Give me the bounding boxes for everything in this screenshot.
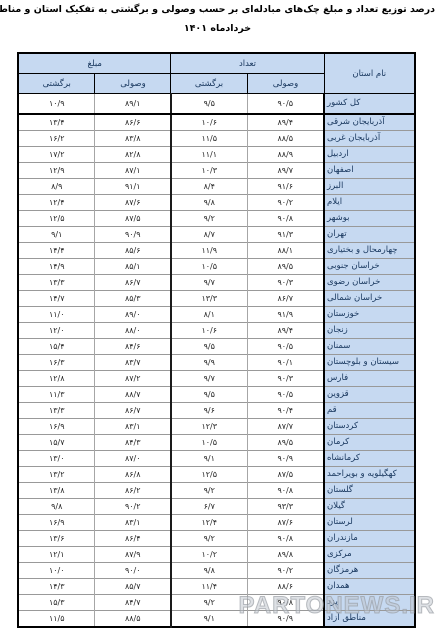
table-row: اصفهان ۸۹/۷ ۱۰/۳ ۸۷/۱ ۱۲/۹ [18, 163, 415, 179]
table-row: لرستان ۸۷/۶ ۱۲/۴ ۸۳/۱ ۱۶/۹ [18, 515, 415, 531]
amount-collected-cell: ۸۷/۱ [95, 163, 171, 179]
count-collected-cell: ۸۶/۷ [247, 291, 324, 307]
count-collected-cell: ۹۰/۱ [247, 355, 324, 371]
header-amount-bounced: برگشتی [18, 74, 95, 94]
page-title: درصد توزیع تعداد و مبلغ چک‌های مبادله‌ای… [0, 0, 435, 15]
count-collected-cell: ۹۰/۹ [247, 611, 324, 628]
province-name-cell: بوشهر [324, 211, 415, 227]
province-name-cell: گیلان [324, 499, 415, 515]
page: درصد توزیع تعداد و مبلغ چک‌های مبادله‌ای… [0, 0, 435, 639]
province-name-cell: کرمانشاه [324, 451, 415, 467]
count-collected-cell: ۸۸/۶ [247, 579, 324, 595]
count-bounced-cell: ۹/۶ [171, 403, 247, 419]
amount-bounced-cell: ۱۳/۳ [18, 275, 95, 291]
count-collected-cell: ۹۰/۵ [247, 94, 324, 115]
province-name-cell: گلستان [324, 483, 415, 499]
table-row: البرز ۹۱/۶ ۸/۴ ۹۱/۱ ۸/۹ [18, 179, 415, 195]
count-bounced-cell: ۱۰/۶ [171, 114, 247, 131]
table-row: بوشهر ۹۰/۸ ۹/۲ ۸۷/۵ ۱۲/۵ [18, 211, 415, 227]
province-name-cell: آذربایجان شرقی [324, 114, 415, 131]
province-name-cell: البرز [324, 179, 415, 195]
count-bounced-cell: ۹/۱ [171, 451, 247, 467]
amount-collected-cell: ۸۴/۳ [95, 435, 171, 451]
table-row: مرکزی ۸۹/۸ ۱۰/۲ ۸۷/۹ ۱۲/۱ [18, 547, 415, 563]
amount-bounced-cell: ۹/۸ [18, 499, 95, 515]
amount-collected-cell: ۸۳/۸ [95, 131, 171, 147]
amount-bounced-cell: ۸/۹ [18, 179, 95, 195]
count-bounced-cell: ۹/۲ [171, 211, 247, 227]
province-name-cell: ایلام [324, 195, 415, 211]
amount-bounced-cell: ۱۴/۹ [18, 259, 95, 275]
count-bounced-cell: ۸/۱ [171, 307, 247, 323]
count-collected-cell: ۸۷/۶ [247, 515, 324, 531]
table-row: کردستان ۸۷/۷ ۱۲/۳ ۸۳/۱ ۱۶/۹ [18, 419, 415, 435]
amount-collected-cell: ۸۸/۰ [95, 323, 171, 339]
province-name-cell: تهران [324, 227, 415, 243]
count-bounced-cell: ۹/۲ [171, 483, 247, 499]
amount-collected-cell: ۸۶/۶ [95, 114, 171, 131]
province-name-cell: آذربایجان غربی [324, 131, 415, 147]
province-name-cell: مرکزی [324, 547, 415, 563]
count-bounced-cell: ۱۲/۳ [171, 419, 247, 435]
amount-bounced-cell: ۱۳/۶ [18, 531, 95, 547]
count-bounced-cell: ۱۱/۵ [171, 131, 247, 147]
province-name-cell: مازندران [324, 531, 415, 547]
count-collected-cell: ۹۰/۵ [247, 387, 324, 403]
count-bounced-cell: ۱۰/۶ [171, 323, 247, 339]
count-collected-cell: ۸۹/۴ [247, 114, 324, 131]
table-row: خراسان شمالی ۸۶/۷ ۱۳/۳ ۸۵/۳ ۱۴/۷ [18, 291, 415, 307]
amount-collected-cell: ۸۳/۱ [95, 515, 171, 531]
amount-bounced-cell: ۱۱/۳ [18, 387, 95, 403]
count-collected-cell: ۸۷/۷ [247, 419, 324, 435]
cheques-distribution-table: نام استان تعداد مبلغ وصولی برگشتی وصولی … [17, 52, 416, 628]
province-name-cell: سیستان و بلوچستان [324, 355, 415, 371]
table-body: کل کشور ۹۰/۵ ۹/۵ ۸۹/۱ ۱۰/۹ آذربایجان شرق… [18, 94, 415, 628]
amount-collected-cell: ۸۶/۲ [95, 483, 171, 499]
count-bounced-cell: ۱۰/۳ [171, 163, 247, 179]
count-bounced-cell: ۹/۵ [171, 339, 247, 355]
count-collected-cell: ۸۹/۵ [247, 259, 324, 275]
header-count-collected: وصولی [247, 74, 324, 94]
province-name-cell: کل کشور [324, 94, 415, 115]
count-bounced-cell: ۹/۵ [171, 94, 247, 115]
header-count-bounced: برگشتی [171, 74, 247, 94]
count-bounced-cell: ۱۰/۲ [171, 547, 247, 563]
amount-bounced-cell: ۱۳/۴ [18, 114, 95, 131]
table-row: خراسان رضوی ۹۰/۳ ۹/۷ ۸۶/۷ ۱۳/۳ [18, 275, 415, 291]
amount-bounced-cell: ۹/۱ [18, 227, 95, 243]
amount-bounced-cell: ۱۲/۰ [18, 323, 95, 339]
table-row: کهگیلویه و بویراحمد ۸۷/۵ ۱۲/۵ ۸۶/۸ ۱۳/۲ [18, 467, 415, 483]
count-bounced-cell: ۱۳/۳ [171, 291, 247, 307]
table-row: یزد ۹۰/۸ ۹/۲ ۸۴/۷ ۱۵/۳ [18, 595, 415, 611]
amount-collected-cell: ۸۲/۸ [95, 147, 171, 163]
amount-bounced-cell: ۱۶/۳ [18, 355, 95, 371]
amount-bounced-cell: ۱۵/۷ [18, 435, 95, 451]
province-name-cell: قم [324, 403, 415, 419]
count-collected-cell: ۹۰/۹ [247, 451, 324, 467]
cheques-table-wrapper: نام استان تعداد مبلغ وصولی برگشتی وصولی … [19, 52, 416, 628]
amount-collected-cell: ۸۵/۶ [95, 243, 171, 259]
amount-collected-cell: ۹۱/۱ [95, 179, 171, 195]
province-name-cell: قزوین [324, 387, 415, 403]
header-amount-group: مبلغ [18, 53, 171, 74]
amount-collected-cell: ۹۰/۲ [95, 499, 171, 515]
amount-bounced-cell: ۱۳/۸ [18, 483, 95, 499]
province-name-cell: خوزستان [324, 307, 415, 323]
amount-collected-cell: ۸۴/۷ [95, 595, 171, 611]
count-bounced-cell: ۱۱/۱ [171, 147, 247, 163]
table-row: آذربایجان غربی ۸۸/۵ ۱۱/۵ ۸۳/۸ ۱۶/۲ [18, 131, 415, 147]
amount-bounced-cell: ۱۱/۰ [18, 307, 95, 323]
count-collected-cell: ۸۹/۷ [247, 163, 324, 179]
count-bounced-cell: ۱۰/۵ [171, 259, 247, 275]
count-collected-cell: ۹۰/۸ [247, 211, 324, 227]
count-bounced-cell: ۹/۸ [171, 563, 247, 579]
header-province-name: نام استان [324, 53, 415, 94]
amount-collected-cell: ۸۷/۶ [95, 195, 171, 211]
province-name-cell: یزد [324, 595, 415, 611]
amount-collected-cell: ۹۰/۹ [95, 227, 171, 243]
count-bounced-cell: ۸/۷ [171, 227, 247, 243]
amount-collected-cell: ۸۵/۷ [95, 579, 171, 595]
table-row: کرمانشاه ۹۰/۹ ۹/۱ ۸۷/۰ ۱۳/۰ [18, 451, 415, 467]
amount-bounced-cell: ۱۴/۷ [18, 291, 95, 307]
province-name-cell: کرمان [324, 435, 415, 451]
count-collected-cell: ۹۱/۳ [247, 227, 324, 243]
province-name-cell: چهارمحال و بختیاری [324, 243, 415, 259]
count-bounced-cell: ۹/۵ [171, 387, 247, 403]
count-bounced-cell: ۹/۷ [171, 275, 247, 291]
amount-collected-cell: ۸۶/۴ [95, 531, 171, 547]
count-bounced-cell: ۹/۱ [171, 611, 247, 628]
province-name-cell: خراسان جنوبی [324, 259, 415, 275]
amount-collected-cell: ۸۶/۸ [95, 467, 171, 483]
province-name-cell: کردستان [324, 419, 415, 435]
count-collected-cell: ۹۰/۸ [247, 483, 324, 499]
count-collected-cell: ۸۹/۵ [247, 435, 324, 451]
count-collected-cell: ۸۸/۵ [247, 131, 324, 147]
count-bounced-cell: ۱۱/۴ [171, 579, 247, 595]
province-name-cell: اردبیل [324, 147, 415, 163]
count-collected-cell: ۸۸/۹ [247, 147, 324, 163]
amount-bounced-cell: ۱۶/۹ [18, 515, 95, 531]
count-collected-cell: ۹۰/۲ [247, 195, 324, 211]
table-row: سمنان ۹۰/۵ ۹/۵ ۸۴/۶ ۱۵/۴ [18, 339, 415, 355]
table-row: تهران ۹۱/۳ ۸/۷ ۹۰/۹ ۹/۱ [18, 227, 415, 243]
count-bounced-cell: ۱۲/۴ [171, 515, 247, 531]
amount-bounced-cell: ۱۳/۳ [18, 403, 95, 419]
province-name-cell: خراسان رضوی [324, 275, 415, 291]
count-collected-cell: ۸۹/۸ [247, 547, 324, 563]
amount-bounced-cell: ۱۲/۹ [18, 163, 95, 179]
amount-collected-cell: ۸۴/۶ [95, 339, 171, 355]
amount-bounced-cell: ۱۵/۳ [18, 595, 95, 611]
table-row: قم ۹۰/۴ ۹/۶ ۸۶/۷ ۱۳/۳ [18, 403, 415, 419]
table-row: خوزستان ۹۱/۹ ۸/۱ ۸۹/۰ ۱۱/۰ [18, 307, 415, 323]
count-collected-cell: ۸۷/۵ [247, 467, 324, 483]
amount-collected-cell: ۸۷/۹ [95, 547, 171, 563]
count-bounced-cell: ۸/۴ [171, 179, 247, 195]
count-collected-cell: ۹۰/۸ [247, 595, 324, 611]
count-collected-cell: ۹۰/۸ [247, 531, 324, 547]
count-bounced-cell: ۹/۷ [171, 371, 247, 387]
amount-bounced-cell: ۱۵/۴ [18, 339, 95, 355]
header-count-group: تعداد [171, 53, 324, 74]
amount-bounced-cell: ۱۰/۰ [18, 563, 95, 579]
count-collected-cell: ۹۱/۶ [247, 179, 324, 195]
amount-bounced-cell: ۱۱/۵ [18, 611, 95, 628]
table-row: مناطق آزاد ۹۰/۹ ۹/۱ ۸۸/۵ ۱۱/۵ [18, 611, 415, 628]
count-collected-cell: ۸۹/۴ [247, 323, 324, 339]
count-bounced-cell: ۹/۲ [171, 595, 247, 611]
count-bounced-cell: ۶/۷ [171, 499, 247, 515]
count-bounced-cell: ۹/۸ [171, 195, 247, 211]
amount-bounced-cell: ۱۴/۴ [18, 243, 95, 259]
province-name-cell: اصفهان [324, 163, 415, 179]
amount-collected-cell: ۸۵/۱ [95, 259, 171, 275]
count-bounced-cell: ۱۱/۹ [171, 243, 247, 259]
count-bounced-cell: ۹/۹ [171, 355, 247, 371]
count-collected-cell: ۹۰/۲ [247, 563, 324, 579]
province-name-cell: سمنان [324, 339, 415, 355]
count-collected-cell: ۹۱/۹ [247, 307, 324, 323]
amount-bounced-cell: ۱۰/۹ [18, 94, 95, 115]
amount-collected-cell: ۸۸/۷ [95, 387, 171, 403]
count-bounced-cell: ۱۲/۵ [171, 467, 247, 483]
count-collected-cell: ۸۸/۱ [247, 243, 324, 259]
province-name-cell: خراسان شمالی [324, 291, 415, 307]
amount-collected-cell: ۸۳/۷ [95, 355, 171, 371]
header-amount-collected: وصولی [95, 74, 171, 94]
table-row: آذربایجان شرقی ۸۹/۴ ۱۰/۶ ۸۶/۶ ۱۳/۴ [18, 114, 415, 131]
amount-bounced-cell: ۱۶/۲ [18, 131, 95, 147]
table-row: فارس ۹۰/۳ ۹/۷ ۸۷/۲ ۱۲/۸ [18, 371, 415, 387]
amount-bounced-cell: ۱۷/۲ [18, 147, 95, 163]
table-row: مازندران ۹۰/۸ ۹/۲ ۸۶/۴ ۱۳/۶ [18, 531, 415, 547]
amount-bounced-cell: ۱۴/۳ [18, 579, 95, 595]
count-bounced-cell: ۹/۲ [171, 531, 247, 547]
amount-collected-cell: ۸۷/۲ [95, 371, 171, 387]
amount-bounced-cell: ۱۲/۸ [18, 371, 95, 387]
table-row: ایلام ۹۰/۲ ۹/۸ ۸۷/۶ ۱۲/۴ [18, 195, 415, 211]
amount-bounced-cell: ۱۶/۹ [18, 419, 95, 435]
amount-collected-cell: ۸۹/۰ [95, 307, 171, 323]
table-row: قزوین ۹۰/۵ ۹/۵ ۸۸/۷ ۱۱/۳ [18, 387, 415, 403]
amount-bounced-cell: ۱۳/۲ [18, 467, 95, 483]
province-name-cell: لرستان [324, 515, 415, 531]
count-collected-cell: ۹۰/۵ [247, 339, 324, 355]
table-row: کرمان ۸۹/۵ ۱۰/۵ ۸۴/۳ ۱۵/۷ [18, 435, 415, 451]
province-name-cell: کهگیلویه و بویراحمد [324, 467, 415, 483]
amount-bounced-cell: ۱۳/۰ [18, 451, 95, 467]
amount-bounced-cell: ۱۲/۱ [18, 547, 95, 563]
table-row: گیلان ۹۳/۳ ۶/۷ ۹۰/۲ ۹/۸ [18, 499, 415, 515]
count-collected-cell: ۹۰/۳ [247, 371, 324, 387]
province-name-cell: فارس [324, 371, 415, 387]
amount-collected-cell: ۸۶/۷ [95, 275, 171, 291]
table-row: چهارمحال و بختیاری ۸۸/۱ ۱۱/۹ ۸۵/۶ ۱۴/۴ [18, 243, 415, 259]
province-name-cell: زنجان [324, 323, 415, 339]
count-bounced-cell: ۱۰/۵ [171, 435, 247, 451]
table-row: کل کشور ۹۰/۵ ۹/۵ ۸۹/۱ ۱۰/۹ [18, 94, 415, 115]
amount-collected-cell: ۸۷/۰ [95, 451, 171, 467]
province-name-cell: مناطق آزاد [324, 611, 415, 628]
count-collected-cell: ۹۰/۳ [247, 275, 324, 291]
amount-collected-cell: ۸۶/۷ [95, 403, 171, 419]
amount-collected-cell: ۸۹/۱ [95, 94, 171, 115]
page-subtitle-month: خردادماه ۱۴۰۱ [0, 15, 435, 34]
table-row: سیستان و بلوچستان ۹۰/۱ ۹/۹ ۸۳/۷ ۱۶/۳ [18, 355, 415, 371]
count-collected-cell: ۹۰/۴ [247, 403, 324, 419]
amount-collected-cell: ۸۷/۵ [95, 211, 171, 227]
amount-bounced-cell: ۱۲/۴ [18, 195, 95, 211]
amount-collected-cell: ۸۵/۳ [95, 291, 171, 307]
table-row: گلستان ۹۰/۸ ۹/۲ ۸۶/۲ ۱۳/۸ [18, 483, 415, 499]
table-row: اردبیل ۸۸/۹ ۱۱/۱ ۸۲/۸ ۱۷/۲ [18, 147, 415, 163]
province-name-cell: هرمزگان [324, 563, 415, 579]
province-name-cell: همدان [324, 579, 415, 595]
table-row: زنجان ۸۹/۴ ۱۰/۶ ۸۸/۰ ۱۲/۰ [18, 323, 415, 339]
table-row: هرمزگان ۹۰/۲ ۹/۸ ۹۰/۰ ۱۰/۰ [18, 563, 415, 579]
table-row: همدان ۸۸/۶ ۱۱/۴ ۸۵/۷ ۱۴/۳ [18, 579, 415, 595]
amount-collected-cell: ۸۳/۱ [95, 419, 171, 435]
count-collected-cell: ۹۳/۳ [247, 499, 324, 515]
amount-collected-cell: ۸۸/۵ [95, 611, 171, 628]
amount-bounced-cell: ۱۲/۵ [18, 211, 95, 227]
amount-collected-cell: ۹۰/۰ [95, 563, 171, 579]
table-row: خراسان جنوبی ۸۹/۵ ۱۰/۵ ۸۵/۱ ۱۴/۹ [18, 259, 415, 275]
